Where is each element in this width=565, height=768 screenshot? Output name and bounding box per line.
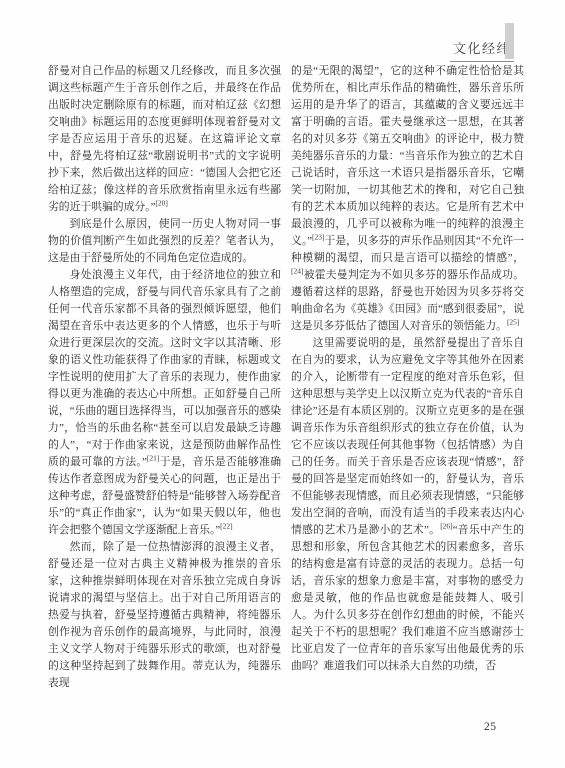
paragraph: 然而，除了是一位热情澎湃的浪漫主义者，舒曼还是一位对古典主义精神极为推崇的音乐家… bbox=[48, 539, 281, 692]
footnote-ref: [22] bbox=[220, 521, 233, 530]
footnote-ref: [20] bbox=[155, 198, 168, 207]
footnote-ref: [24] bbox=[291, 266, 304, 275]
header-bar-decoration bbox=[505, 23, 514, 59]
paragraph: 这里需要说明的是，虽然舒曼提出了音乐自在自为的要求，认为应避免文字等其他外在因素… bbox=[291, 335, 524, 675]
paragraph: 的是“无限的渴望”，它的这种不确定性恰恰是其优势所在，相比声乐作品的精确性，器乐… bbox=[291, 63, 524, 335]
article-body: 舒曼对自己作品的标题又几经修改，而且多次强调这些标题产生于音乐创作之后，并最终在… bbox=[48, 63, 525, 692]
journal-page: 文化经纬 舒曼对自己作品的标题又几经修改，而且多次强调这些标题产生于音乐创作之后… bbox=[0, 0, 565, 768]
footnote-ref: [25] bbox=[507, 317, 520, 326]
footnote-ref: [21] bbox=[147, 453, 160, 462]
text-column-left: 舒曼对自己作品的标题又几经修改，而且多次强调这些标题产生于音乐创作之后，并最终在… bbox=[48, 63, 281, 692]
paragraph: 舒曼对自己作品的标题又几经修改，而且多次强调这些标题产生于音乐创作之后，并最终在… bbox=[48, 63, 281, 216]
page-number: 25 bbox=[484, 721, 497, 733]
text-column-right: 的是“无限的渴望”，它的这种不确定性恰恰是其优势所在，相比声乐作品的精确性，器乐… bbox=[291, 63, 524, 692]
paragraph: 身处浪漫主义年代，由于经济地位的独立和人格塑造的完成，舒曼与同代音乐家具有了之前… bbox=[48, 267, 281, 539]
footnote-ref: [23] bbox=[312, 232, 325, 241]
paragraph: 到底是什么原因，使同一历史人物对同一事物的价值判断产生如此强烈的反差？笔者认为，… bbox=[48, 216, 281, 267]
footnote-ref: [26] bbox=[440, 521, 453, 530]
